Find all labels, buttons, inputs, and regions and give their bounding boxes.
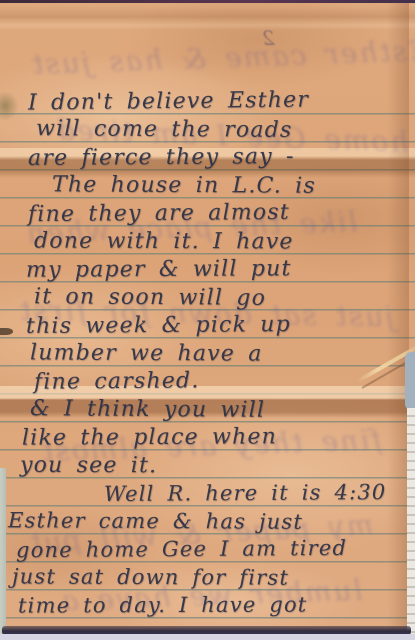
ink-smudge	[0, 92, 18, 120]
letter-line: lumber we have a	[30, 342, 263, 365]
letter-line: will come the roads	[36, 118, 293, 142]
letter-line: you see it.	[20, 455, 157, 477]
letter-line: fine they are almost	[28, 202, 290, 226]
letter-line: time to day. I have got	[18, 594, 308, 616]
letter-line: are fierce they say -	[28, 146, 295, 170]
letter-line: Esther came & has just	[8, 510, 303, 533]
letter-line: like the place when	[22, 426, 277, 449]
top-page-edge	[0, 0, 415, 3]
letter-line: I don't believe Esther	[28, 90, 309, 115]
right-edge-tear-gap	[405, 352, 415, 410]
letter-line: fine carshed.	[34, 370, 200, 393]
letter-line: & I think you will	[30, 398, 265, 422]
left-scanner-edge	[0, 468, 6, 640]
letter-line: done with it. I have	[34, 231, 294, 254]
left-edge-tear-mark	[0, 328, 13, 335]
letter-line: gone home Gee I am tired	[16, 538, 347, 561]
letter-line: just sat down for first	[12, 566, 289, 588]
bottom-scanner-edge	[0, 634, 415, 640]
letter-line: my paper & will put	[26, 258, 292, 281]
right-serrated-edge	[407, 408, 415, 640]
letter-line: Well R. here it is 4:30	[104, 482, 387, 505]
scanned-letter-page: 2 Esther came & has just gone home Gee I…	[0, 0, 415, 640]
bleedthrough-page-number: 2	[262, 26, 275, 50]
letter-line: The house in L.C. is	[52, 174, 316, 197]
letter-line: this week & pick up	[26, 314, 291, 338]
right-edge-shadow	[387, 0, 409, 640]
letter-line: it on soon will go	[34, 286, 266, 310]
